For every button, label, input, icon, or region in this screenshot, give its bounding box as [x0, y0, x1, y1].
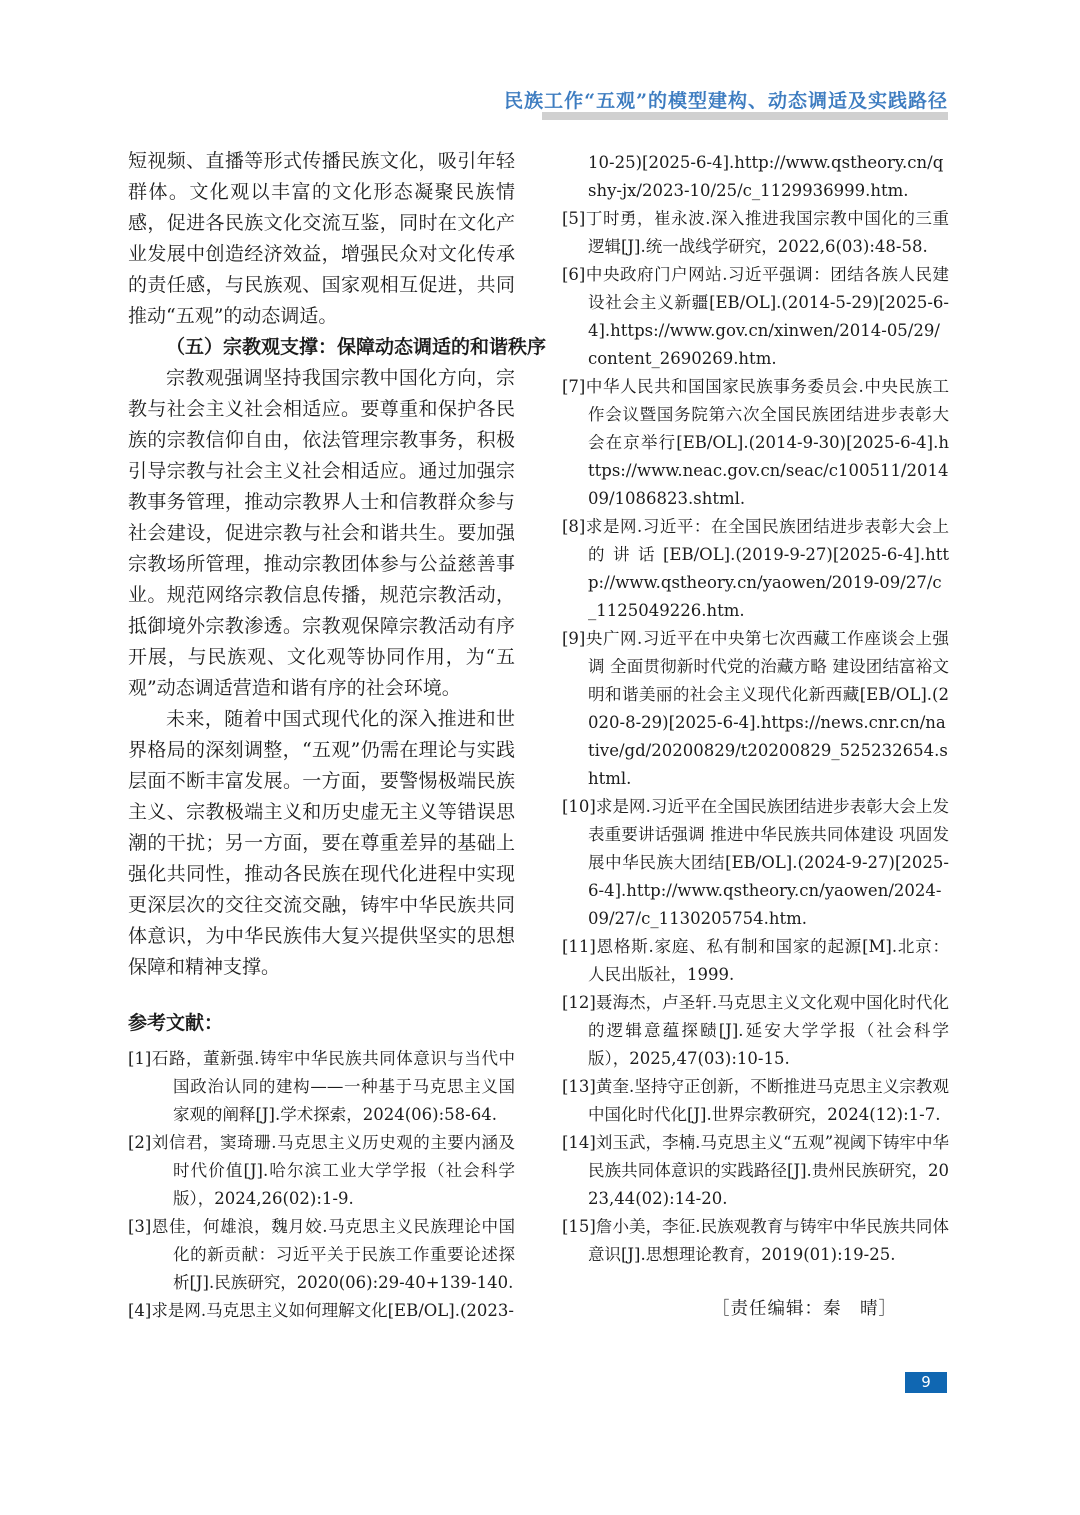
right-column: 10-25)[2025-6-4].http://www.qstheory.cn/… [562, 149, 949, 1323]
body-paragraph-culture: 短视频、直播等形式传播民族文化，吸引年轻群体。文化观以丰富的文化形态凝聚民族情感… [128, 146, 515, 332]
reference-item-11: [11]恩格斯.家庭、私有制和国家的起源[M].北京：人民出版社，1999. [562, 933, 949, 989]
reference-item-13: [13]黄奎.坚持守正创新，不断推进马克思主义宗教观中国化时代化[J].世界宗教… [562, 1073, 949, 1129]
reference-item-15: [15]詹小美，李征.民族观教育与铸牢中华民族共同体意识[J].思想理论教育，2… [562, 1213, 949, 1269]
body-paragraph-religion: 宗教观强调坚持我国宗教中国化方向，宗教与社会主义社会相适应。要尊重和保护各民族的… [128, 363, 515, 704]
section-heading-religion: （五）宗教观支撑：保障动态调适的和谐秩序 [128, 332, 515, 363]
reference-item-12: [12]聂海杰，卢圣轩.马克思主义文化观中国化时代化的逻辑意蕴探赜[J].延安大… [562, 989, 949, 1073]
reference-item-1: [1]石路，董新强.铸牢中华民族共同体意识与当代中国政治认同的建构——一种基于马… [128, 1045, 515, 1129]
reference-item-14: [14]刘玉武，李楠.马克思主义“五观”视阈下铸牢中华民族共同体意识的实践路径[… [562, 1129, 949, 1213]
page: { "header": { "running_title": "民族工作“五观”… [0, 0, 1080, 1515]
reference-item-5: [5]丁时勇，崔永波.深入推进我国宗教中国化的三重逻辑[J].统一战线学研究，2… [562, 205, 949, 261]
editor-note: ［责任编辑：秦 晴］ [562, 1295, 949, 1323]
reference-item-8: [8]求是网.习近平：在全国民族团结进步表彰大会上的讲话[EB/OL].(201… [562, 513, 949, 625]
body-paragraph-future: 未来，随着中国式现代化的深入推进和世界格局的深刻调整，“五观”仍需在理论与实践层… [128, 704, 515, 983]
running-header-title: 民族工作“五观”的模型建构、动态调适及实践路径 [504, 86, 948, 113]
reference-item-2: [2]刘信君，窦琦珊.马克思主义历史观的主要内涵及时代价值[J].哈尔滨工业大学… [128, 1129, 515, 1213]
reference-item-9: [9]央广网.习近平在中央第七次西藏工作座谈会上强调 全面贯彻新时代党的治藏方略… [562, 625, 949, 793]
left-column: 短视频、直播等形式传播民族文化，吸引年轻群体。文化观以丰富的文化形态凝聚民族情感… [128, 146, 515, 1325]
reference-item-3: [3]恩佳，何雄浪，魏月姣.马克思主义民族理论中国化的新贡献：习近平关于民族工作… [128, 1213, 515, 1297]
references-heading: 参考文献： [128, 1009, 515, 1037]
reference-item-10: [10]求是网.习近平在全国民族团结进步表彰大会上发表重要讲话强调 推进中华民族… [562, 793, 949, 933]
reference-item-7: [7]中华人民共和国国家民族事务委员会.中央民族工作会议暨国务院第六次全国民族团… [562, 373, 949, 513]
reference-item-4-continuation: 10-25)[2025-6-4].http://www.qstheory.cn/… [562, 149, 949, 205]
reference-item-4: [4]求是网.马克思主义如何理解文化[EB/OL].(2023- [128, 1297, 515, 1325]
reference-item-6: [6]中央政府门户网站.习近平强调：团结各族人民建设社会主义新疆[EB/OL].… [562, 261, 949, 373]
header-divider [542, 112, 948, 120]
page-number-badge: 9 [905, 1372, 947, 1393]
